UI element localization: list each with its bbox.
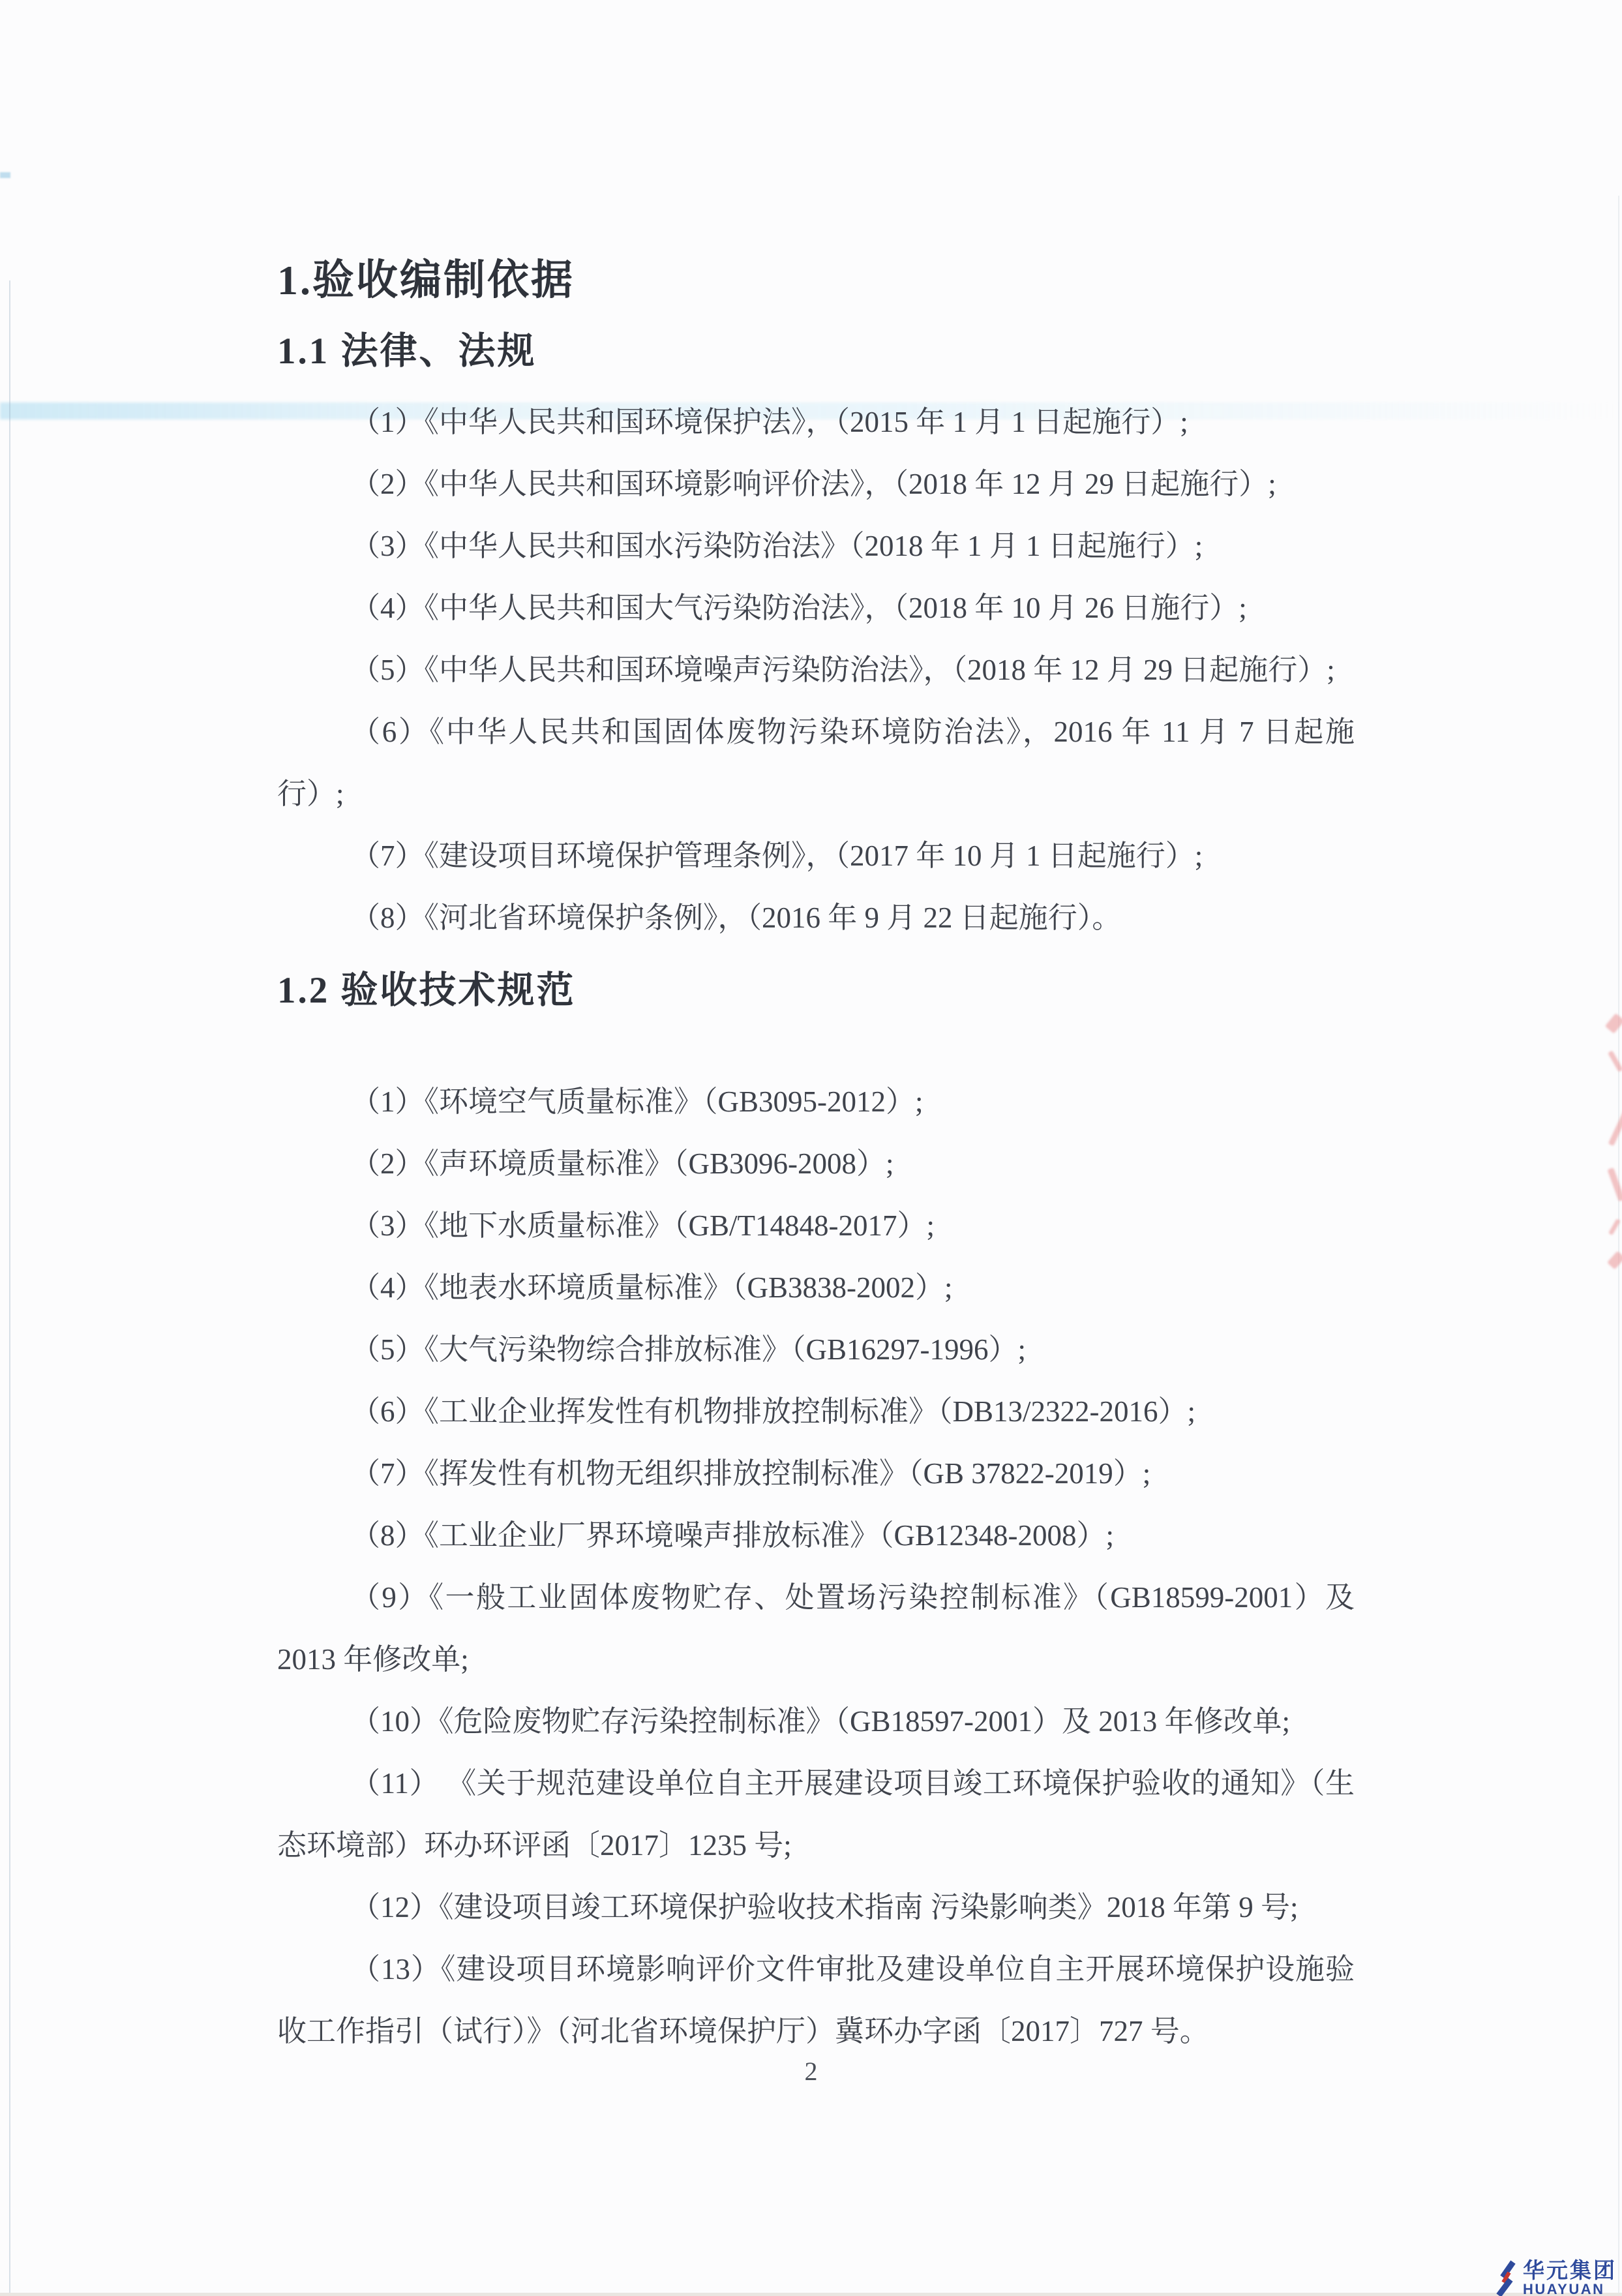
list-item: （13）《建设项目环境影响评价文件审批及建设单位自主开展环境保护设施验收工作指引…	[277, 1939, 1355, 2062]
list-item: （5）《大气污染物综合排放标准》（GB16297-1996）;	[277, 1319, 1355, 1381]
scan-left-edge-line	[9, 280, 10, 2296]
list-item: （3）《地下水质量标准》（GB/T14848-2017）;	[277, 1195, 1355, 1257]
scan-left-edge-tick	[0, 172, 10, 178]
list-item: （11） 《关于规范建设单位自主开展建设项目竣工环境保护验收的通知》（生态环境部…	[277, 1753, 1355, 1877]
list-item: （2）《中华人民共和国环境影响评价法》，（2018 年 12 月 29 日起施行…	[277, 453, 1355, 515]
list-item: （4）《地表水环境质量标准》（GB3838-2002）;	[277, 1257, 1355, 1319]
list-item: （8）《工业企业厂界环境噪声排放标准》（GB12348-2008）;	[277, 1505, 1355, 1567]
list-item: （2）《声环境质量标准》（GB3096-2008）;	[277, 1133, 1355, 1195]
list-item: （1）《中华人民共和国环境保护法》，（2015 年 1 月 1 日起施行）;	[277, 391, 1355, 453]
list-item: （12）《建设项目竣工环境保护验收技术指南 污染影响类》2018 年第 9 号;	[277, 1877, 1355, 1939]
list-item: （7）《挥发性有机物无组织排放控制标准》（GB 37822-2019）;	[277, 1443, 1355, 1505]
scanned-document-page: 1.验收编制依据 1.1 法律、法规 （1）《中华人民共和国环境保护法》，（20…	[0, 0, 1622, 2296]
list-item: （8）《河北省环境保护条例》，（2016 年 9 月 22 日起施行）。	[277, 887, 1355, 949]
list-item: （5）《中华人民共和国环境噪声污染防治法》，（2018 年 12 月 29 日起…	[277, 639, 1355, 701]
logo-chinese-name: 华元集团	[1523, 2259, 1617, 2281]
logo-english-name: HUAYUAN	[1523, 2282, 1617, 2296]
law-list: （1）《中华人民共和国环境保护法》，（2015 年 1 月 1 日起施行）;（2…	[277, 391, 1355, 949]
lightning-logo-icon	[1494, 2260, 1518, 2296]
list-item: （1）《环境空气质量标准》（GB3095-2012）;	[277, 1071, 1355, 1133]
page-number: 2	[0, 2056, 1622, 2087]
subsection-1-1-title: 1.1 法律、法规	[277, 321, 537, 374]
section-title: 1.验收编制依据	[277, 247, 575, 307]
scan-bottom-edge	[0, 2293, 1622, 2296]
subsection-1-2-title: 1.2 验收技术规范	[277, 960, 576, 1014]
logo-text: 华元集团 HUAYUAN	[1523, 2259, 1617, 2296]
list-item: （6）《中华人民共和国固体废物污染环境防治法》，2016 年 11 月 7 日起…	[277, 701, 1355, 825]
standard-list: （1）《环境空气质量标准》（GB3095-2012）;（2）《声环境质量标准》（…	[277, 1071, 1355, 2062]
list-item: （9）《一般工业固体废物贮存、处置场污染控制标准》（GB18599-2001）及…	[277, 1567, 1355, 1691]
list-item: （3）《中华人民共和国水污染防治法》（2018 年 1 月 1 日起施行）;	[277, 515, 1355, 577]
list-item: （7）《建设项目环境保护管理条例》，（2017 年 10 月 1 日起施行）;	[277, 825, 1355, 887]
list-item: （10）《危险废物贮存污染控制标准》（GB18597-2001）及 2013 年…	[277, 1691, 1355, 1753]
edge-handwriting-marks	[1600, 1010, 1622, 1284]
huayuan-logo: 华元集团 HUAYUAN	[1494, 2259, 1617, 2296]
list-item: （4）《中华人民共和国大气污染防治法》，（2018 年 10 月 26 日施行）…	[277, 577, 1355, 639]
list-item: （6）《工业企业挥发性有机物排放控制标准》（DB13/2322-2016）;	[277, 1381, 1355, 1443]
